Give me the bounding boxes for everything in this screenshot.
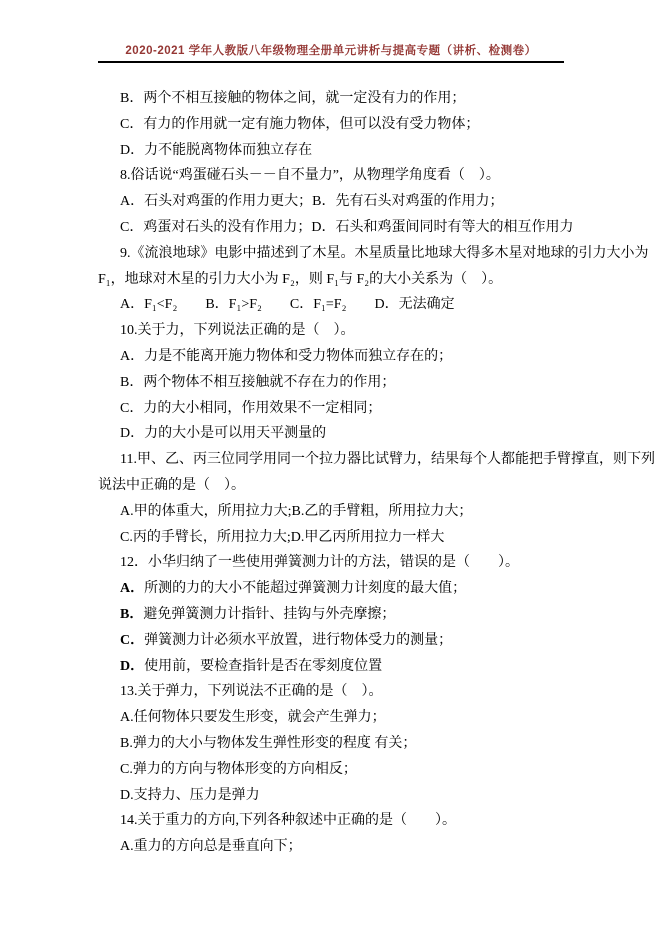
option-letter: B．: [120, 607, 143, 622]
document-line: C.弹力的方向与物体形变的方向相反；: [98, 757, 564, 783]
document-line: C.丙的手臂长，所用拉力大;D.甲乙丙所用拉力一样大: [98, 525, 564, 551]
document-line: C．有力的作用就一定有施力物体，但可以没有受力物体；: [98, 112, 564, 138]
option-letter: A．: [120, 581, 144, 596]
option-text: 弹簧测力计必须水平放置，进行物体受力的测量；: [144, 633, 452, 648]
header-rule: [98, 61, 564, 63]
question-line: 10.关于力，下列说法正确的是（ ）。: [98, 318, 564, 344]
option-line: D．使用前，要检查指针是否在零刻度位置: [98, 654, 564, 680]
document-line: B．两个不相互接触的物体之间，就一定没有力的作用；: [98, 86, 564, 112]
option-letter: C．: [120, 633, 144, 648]
document-line: A．石头对鸡蛋的作用力更大；B．先有石头对鸡蛋的作用力；: [98, 189, 564, 215]
question-line: 8.俗话说“鸡蛋碰石头－－自不量力”，从物理学角度看（ ）。: [98, 163, 564, 189]
document-line: A．力是不能离开施力物体和受力物体而独立存在的；: [98, 344, 564, 370]
option-text: 所测的力的大小不能超过弹簧测力计刻度的最大值；: [144, 581, 466, 596]
option-letter: D．: [120, 659, 144, 674]
document-line: B.弹力的大小与物体发生弹性形变的程度 有关；: [98, 731, 564, 757]
question-line: 9.《流浪地球》电影中描述到了木星。木星质量比地球大得多木星对地球的引力大小为: [98, 241, 564, 267]
document-line: A.重力的方向总是垂直向下；: [98, 834, 564, 860]
document-line: F₁，地球对木星的引力大小为 F₂，则 F₁与 F₂的大小关系为（ ）。: [98, 267, 564, 293]
document-line: 说法中正确的是（ ）。: [98, 473, 564, 499]
option-text: 使用前，要检查指针是否在零刻度位置: [144, 659, 382, 674]
page-header: 2020-2021 学年人教版八年级物理全册单元讲析与提高专题（讲析、检测卷）: [98, 44, 564, 63]
document-line: D.支持力、压力是弹力: [98, 783, 564, 809]
document-line: D．力的大小是可以用天平测量的: [98, 421, 564, 447]
document-body: B．两个不相互接触的物体之间，就一定没有力的作用； C．有力的作用就一定有施力物…: [98, 86, 564, 860]
option-text: 避免弹簧测力计指针、挂钩与外壳摩擦；: [143, 607, 395, 622]
document-line: A.任何物体只要发生形变，就会产生弹力；: [98, 705, 564, 731]
question-line: 14.关于重力的方向,下列各种叙述中正确的是（ ）。: [98, 808, 564, 834]
option-line: C．弹簧测力计必须水平放置，进行物体受力的测量；: [98, 628, 564, 654]
document-line: A.甲的体重大，所用拉力大;B.乙的手臂粗，所用拉力大；: [98, 499, 564, 525]
document-line: B．两个物体不相互接触就不存在力的作用；: [98, 370, 564, 396]
document-page: 2020-2021 学年人教版八年级物理全册单元讲析与提高专题（讲析、检测卷） …: [0, 0, 661, 935]
document-line: A．F₁<F₂ B．F₁>F₂ C．F₁=F₂ D．无法确定: [98, 292, 564, 318]
question-line: 11.甲、乙、丙三位同学用同一个拉力器比试臂力，结果每个人都能把手臂撑直，则下列: [98, 447, 564, 473]
question-line: 12．小华归纳了一些使用弹簧测力计的方法，错误的是（ ）。: [98, 550, 564, 576]
option-line: A．所测的力的大小不能超过弹簧测力计刻度的最大值；: [98, 576, 564, 602]
option-line: B．避免弹簧测力计指针、挂钩与外壳摩擦；: [98, 602, 564, 628]
document-line: D．力不能脱离物体而独立存在: [98, 138, 564, 164]
header-title: 2020-2021 学年人教版八年级物理全册单元讲析与提高专题（讲析、检测卷）: [98, 44, 564, 59]
document-line: C．力的大小相同，作用效果不一定相同；: [98, 396, 564, 422]
document-line: C．鸡蛋对石头的没有作用力；D．石头和鸡蛋间同时有等大的相互作用力: [98, 215, 564, 241]
question-line: 13.关于弹力，下列说法不正确的是（ ）。: [98, 679, 564, 705]
